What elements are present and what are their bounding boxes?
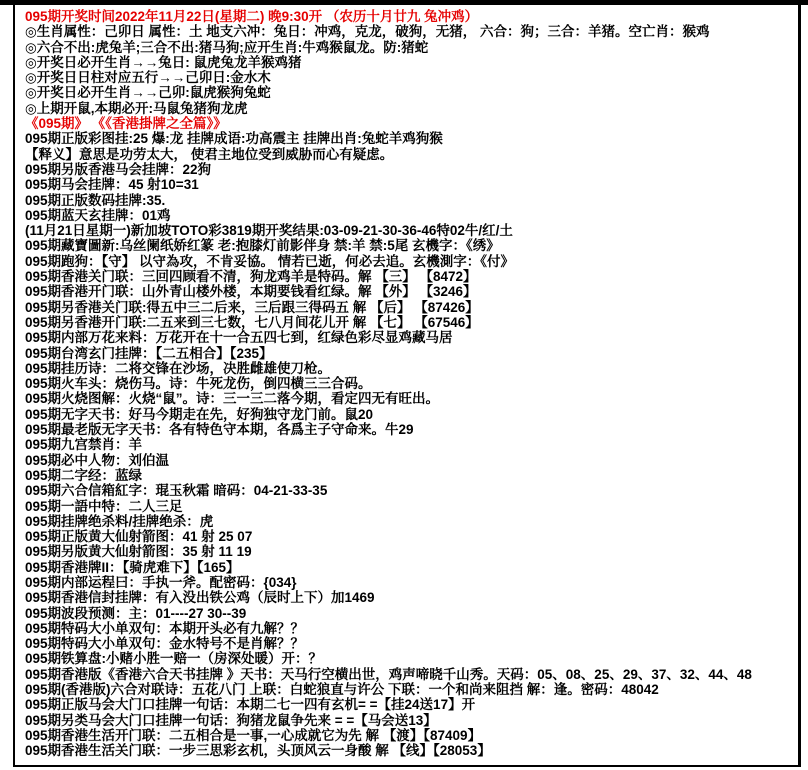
text-line: 095期波段预测：主：01----27 30--39 xyxy=(25,606,798,621)
text-line: 095期必中人物：刘伯温 xyxy=(25,453,798,468)
text-line: 095期香港开门联：山外青山楼外楼，本期要钱看红绿。解 【外】 【3246】 xyxy=(25,284,798,299)
text-line: 095期台湾玄门挂牌：【二五相合】【235】 xyxy=(25,346,798,361)
text-line: 095期内部运程曰：手执一斧。配密码：{034} xyxy=(25,575,798,590)
text-line: 095期香港关门联：三回四顾看不清，狗龙鸡羊是特码。解 【三】 【8472】 xyxy=(25,269,798,284)
text-line: 095期最老版无字天书：各有特色守本期，各爲主子守命来。牛29 xyxy=(25,422,798,437)
content-lines: 095期开奖时间2022年11月22日(星期二) 晚9:30开 （农历十月廿九 … xyxy=(15,5,798,759)
text-line: 095期火车头：烧伤马。诗：牛死龙伤，倒四横三三合码。 xyxy=(25,376,798,391)
content-frame: 095期开奖时间2022年11月22日(星期二) 晚9:30开 （农历十月廿九 … xyxy=(13,5,801,767)
text-line: ◎上期开鼠,本期必开:马鼠兔猪狗龙虎 xyxy=(25,101,798,116)
text-line: 095期内部万花来料：万花开在十一合五四七到，红绿色彩尽显鸡藏马居 xyxy=(25,330,798,345)
text-line: 095期马会挂牌：45 射10=31 xyxy=(25,177,798,192)
text-line: 095期挂历诗：二将交锋在沙场，决胜雌雄使刀枪。 xyxy=(25,361,798,376)
text-line: 095期蓝天玄挂牌：01鸡 xyxy=(25,208,798,223)
highlight-text-line: 《095期》 《《香港掛牌之全篇》》 xyxy=(25,116,798,131)
text-line: ◎开奖日必开生肖→→兔日: 鼠虎兔龙羊猴鸡猪 xyxy=(25,55,798,70)
text-line: 095期火烧图解：火烧“鼠”。诗：三一三二落今期，看定四无有旺出。 xyxy=(25,391,798,406)
text-line: (11月21日星期一)新加坡TOTO彩3819期开奖结果:03-09-21-30… xyxy=(25,223,798,238)
text-line: ◎生肖属性：己卯日 属性：土 地支六冲：兔日：冲鸡，克龙，破狗，无猪， 六合：狗… xyxy=(25,24,798,39)
text-line: 095期无字天书：好马今期走在先，好狗独守龙门前。鼠20 xyxy=(25,407,798,422)
text-line: 095期香港牌II：【骑虎难下】【165】 xyxy=(25,560,798,575)
text-line: 095期另版黄大仙射箭图：35 射 11 19 xyxy=(25,544,798,559)
text-line: 095期香港信封挂牌：有入没出铁公鸡（辰时上下）加1469 xyxy=(25,590,798,605)
text-line: 095期二字经：蓝绿 xyxy=(25,468,798,483)
text-line: 095期跑狗：【守】 以守為攻，不肯妥協。 情若已逝，何必去追。玄機測字：《付》 xyxy=(25,254,798,269)
text-line: 095期(香港版)六合对联诗：五花八门 上联：白蛇狼直与许公 下联：一个和尚来阻… xyxy=(25,682,798,697)
text-line: ◎开奖日必开生肖→→己卯:鼠虎猴狗兔蛇 xyxy=(25,85,798,100)
text-line: 095期另类马会大门口挂牌一句话：狗猪龙鼠争先来 = =【马会送13】 xyxy=(25,713,798,728)
text-line: 095期正版黄大仙射箭图：41 射 25 07 xyxy=(25,529,798,544)
highlight-text-line: 095期开奖时间2022年11月22日(星期二) 晚9:30开 （农历十月廿九 … xyxy=(25,9,798,24)
text-line: 095期正版彩图挂:25 爆:龙 挂牌成语:功高震主 挂牌出肖:兔蛇羊鸡狗猴 xyxy=(25,131,798,146)
text-line: 095期挂牌绝杀料/挂牌绝杀：虎 xyxy=(25,514,798,529)
text-line: 095期藏寶圖新:乌丝阑纸娇红篆 老:抱膝灯前影伴身 禁:羊 禁:5尾 玄機字：… xyxy=(25,238,798,253)
text-line: 095期香港生活开门联：二五相合是一事,一心成就它为先 解 【渡】【87409】 xyxy=(25,728,798,743)
text-line: 095期另香港开门联:二五来到三七数，七八月间花儿开 解 【七】 【67546】 xyxy=(25,315,798,330)
text-line: 095期另版香港马会挂牌：22狗 xyxy=(25,162,798,177)
text-line: ◎六合不出:虎兔羊;三合不出:猪马狗;应开生肖:牛鸡猴鼠龙。防:猪蛇 xyxy=(25,40,798,55)
text-line: 095期另香港关门联:得五中三二后来，三后跟三得码五 解 【后】 【87426】 xyxy=(25,300,798,315)
text-line: 095期九宫禁肖：羊 xyxy=(25,437,798,452)
text-line: ◎开奖日日柱对应五行→→己卯日:金水木 xyxy=(25,70,798,85)
text-line: 095期香港版《香港六合天书挂牌 》天书：天马行空横出世，鸡声啼晓千山秀。天码：… xyxy=(25,667,798,682)
text-line: 095期特码大小单双句：金水特号不是肖解？？ xyxy=(25,636,798,651)
text-line: 【释义】意思是功劳太大， 使君主地位受到威胁而心有疑虑。 xyxy=(25,147,798,162)
text-line: 095期特码大小单双句：本期开头必有九解？？ xyxy=(25,621,798,636)
text-line: 095期正版马会大门口挂牌一句话：本期二七一四有玄机= =【挂24送17】开 xyxy=(25,697,798,712)
lottery-tips-page: 095期开奖时间2022年11月22日(星期二) 晚9:30开 （农历十月廿九 … xyxy=(0,0,808,770)
text-line: 095期六合信箱紅字：琨玉秋霜 暗码：04-21-33-35 xyxy=(25,483,798,498)
text-line: 095期香港生活关门联：一步三思彩玄机，头顶风云一身酸 解 【线】【28053】 xyxy=(25,743,798,758)
text-line: 095期一語中特：二人三足 xyxy=(25,499,798,514)
text-line: 095期正版数码挂牌:35. xyxy=(25,193,798,208)
text-line: 095期铁算盘:小赌小胜一赔一（房深处暖）开：？ xyxy=(25,651,798,666)
